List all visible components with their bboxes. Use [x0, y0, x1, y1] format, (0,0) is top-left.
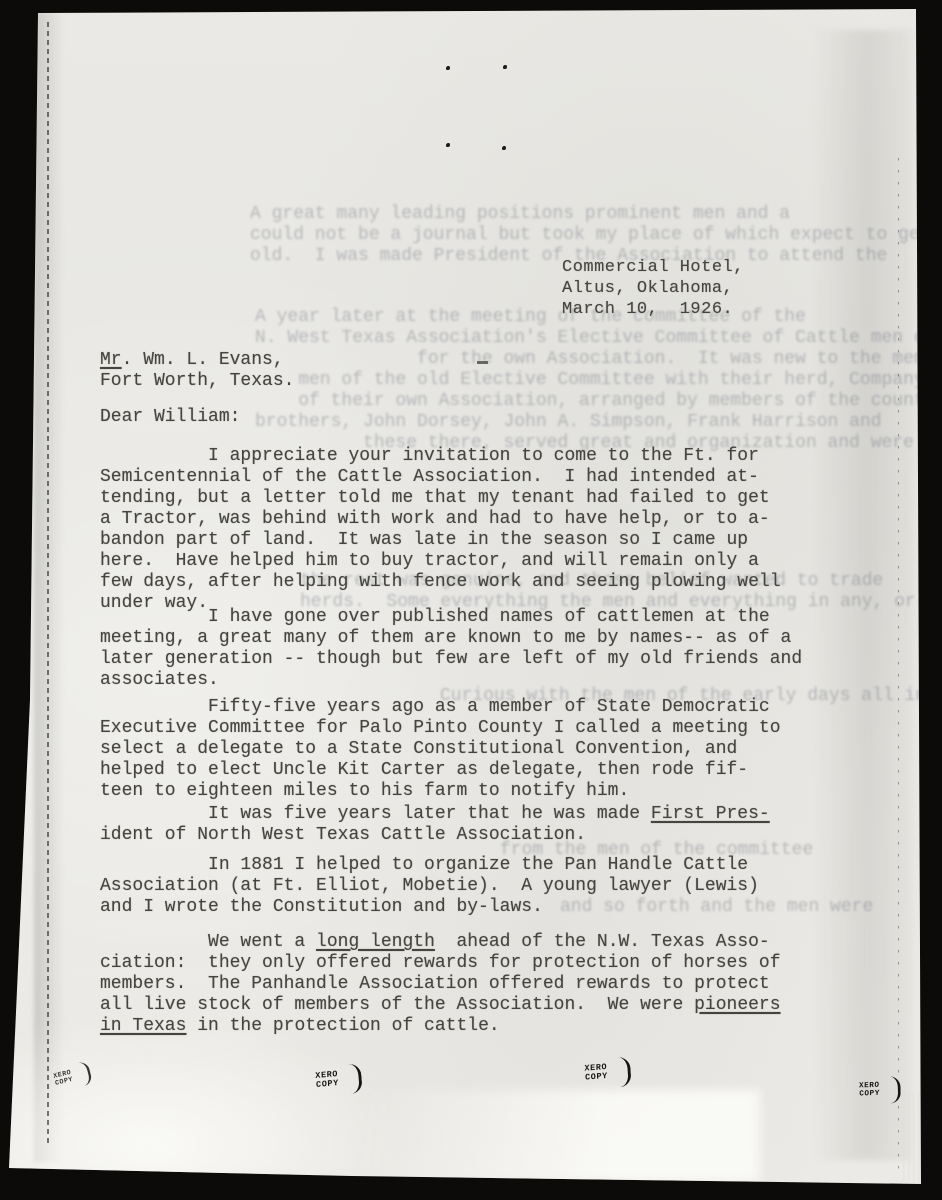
scanned-letter-page: A great many leading positions prominent… — [0, 0, 942, 1200]
letter-paragraph-6: We went a long length ahead of the N.W. … — [100, 932, 781, 1037]
left-margin-dashed-line — [47, 22, 49, 1144]
letter-paragraph-4: It was five years later that he was made… — [100, 804, 770, 846]
registration-dot — [446, 143, 450, 147]
stacked-page-edges — [903, 1092, 923, 1184]
stray-dash-mark — [477, 361, 488, 364]
letter-paragraph-5: In 1881 I helped to organize the Pan Han… — [100, 855, 759, 918]
letter-paragraph-3: Fifty-five years ago as a member of Stat… — [100, 697, 781, 802]
ghost-bleed-through-text: A year later at the meeting of the commi… — [255, 307, 942, 454]
registration-dot — [503, 65, 507, 69]
xero-copy-stamp: XERO COPY — [315, 1068, 363, 1098]
registration-dot — [502, 146, 506, 150]
left-edge-shadow — [34, 12, 64, 1162]
xero-copy-stamp: XERO COPY — [584, 1061, 632, 1090]
recipient-city: Fort Worth, Texas. — [100, 371, 294, 391]
dateline-date: March 10, 1926. — [562, 300, 733, 319]
dateline-hotel: Commercial Hotel, — [562, 258, 744, 277]
letter-paragraph-1: I appreciate your invitation to come to … — [100, 446, 781, 614]
right-margin-dotted-line — [898, 158, 899, 1170]
dateline-city: Altus, Oklahoma, — [562, 279, 733, 298]
recipient-address: Mr. Wm. L. Evans, Fort Worth, Texas. — [100, 350, 294, 392]
recipient-title: Mr — [100, 350, 122, 370]
registration-dot — [446, 66, 450, 70]
xero-copy-stamp: XERO COPY — [859, 1081, 901, 1106]
letter-paragraph-2: I have gone over published names of catt… — [100, 607, 802, 691]
letter-dateline: Commercial Hotel, Altus, Oklahoma, March… — [562, 257, 744, 320]
bottom-center-sheen — [360, 1090, 760, 1182]
salutation: Dear William: — [100, 407, 240, 428]
recipient-name: . Wm. L. Evans, — [122, 350, 284, 370]
paper: A great many leading positions prominent… — [0, 0, 942, 1200]
